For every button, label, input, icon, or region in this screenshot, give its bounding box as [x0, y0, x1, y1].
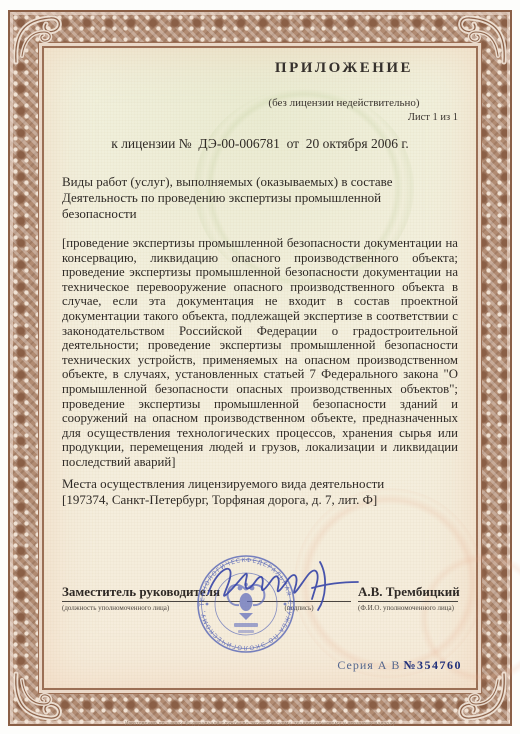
corner-flourish-icon — [10, 668, 66, 724]
printer-microtext: Изготовлено по заказу Федеральной службы… — [0, 721, 520, 727]
corner-flourish-icon — [10, 12, 66, 68]
serial-number: Серия А В №354760 — [337, 658, 462, 673]
works-heading: Виды работ (услуг), выполняемых (оказыва… — [62, 174, 458, 222]
sheet-counter: Лист 1 из 1 — [62, 112, 458, 123]
serial-digits: №354760 — [403, 658, 462, 672]
corner-flourish-icon — [454, 12, 510, 68]
license-reference: к лицензии № ДЭ-00-006781 от 20 октября … — [62, 136, 458, 152]
name-column: А.В. Трембицкий (Ф.И.О. уполномоченного … — [358, 584, 458, 612]
activity-places: Места осуществления лицензируемого вида … — [62, 476, 458, 508]
name-caption: (Ф.И.О. уполномоченного лица) — [358, 604, 458, 612]
license-attachment-page: ПРИЛОЖЕНИЕ (без лицензии недействительно… — [0, 0, 520, 734]
document-subtitle: (без лицензии недействительно) — [62, 97, 458, 109]
corner-flourish-icon — [454, 668, 510, 724]
serial-series: Серия А В — [337, 658, 400, 672]
document-title: ПРИЛОЖЕНИЕ — [62, 60, 458, 77]
signer-name: А.В. Трембицкий — [358, 584, 458, 602]
works-detail-paragraph: [проведение экспертизы промышленной безо… — [62, 236, 458, 470]
handwritten-signature — [200, 554, 365, 616]
